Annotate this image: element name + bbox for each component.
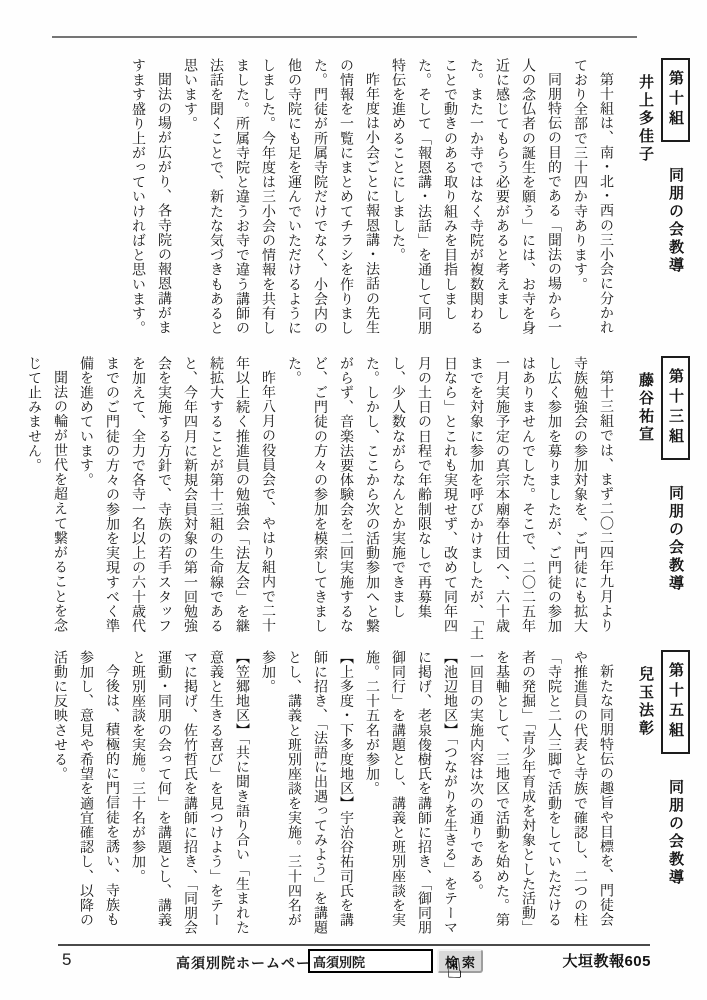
homepage-label: 高須別院ホームページ	[176, 953, 326, 973]
search-button[interactable]: 検索	[437, 949, 483, 973]
paragraph: 同朋特伝の目的である「聞法の場から一人の念仏者の誕生を願う」には、お寺を身近に感…	[384, 58, 566, 346]
paragraph: 昨年度は小会ごとに報恩講・法話の先生の情報を一覧にまとめてチラシを作りました。門…	[176, 58, 384, 346]
newsletter-page: 第十組 同朋の会教導 井上多佳子 第十組は、南・北・西の三小会に分かれており全部…	[0, 0, 707, 1000]
footer-divider-rule	[58, 944, 650, 946]
paragraph: 聞法の輪が世代を超えて繋がることを念じて止みません。	[20, 356, 72, 644]
publication-title: 大垣教報605	[562, 950, 651, 971]
page-number: 5	[62, 950, 71, 970]
article-author: 兒玉法彰	[630, 666, 660, 738]
article-group-10: 第十組 同朋の会教導 井上多佳子 第十組は、南・北・西の三小会に分かれており全部…	[124, 58, 690, 346]
article-header: 第十組 同朋の会教導 井上多佳子	[630, 58, 690, 346]
paragraph: 今後は、積極的に門信徒を誘い、寺族も参加し、意見や希望を適宜確認し、以降の活動に…	[46, 650, 124, 938]
paragraph: 昨年八月の役員会で、やはり組内で二十年以上続く推進員の勉強会「法友会」を継続拡大…	[72, 356, 280, 644]
article-author: 井上多佳子	[630, 74, 660, 164]
paragraph-district-ikebe: 【池辺地区】「つながりを生きる」をテーマに掲げ、老泉俊樹氏を講師に招き、「御同朋…	[358, 650, 462, 938]
article-group-15: 第十五組 同朋の会教導 兒玉法彰 新たな同朋特伝の趣旨や目標を、門徒会や推進員の…	[46, 650, 690, 938]
paragraph-district-kasago: 【笠郷地区】「共に聞き語り合い「生まれた意義と生きる喜び」を見つけよう」をテーマ…	[124, 650, 254, 938]
top-divider-rule	[52, 36, 637, 38]
article-author: 藤谷祐宣	[630, 372, 660, 444]
article-group-13: 第十三組 同朋の会教導 藤谷祐宣 第十三組では、まず二〇二四年九月より寺族勉強会…	[20, 356, 690, 644]
paragraph: 新たな同朋特伝の趣旨や目標を、門徒会や推進員の代表と寺族で確認し、二つの柱「寺院…	[462, 650, 618, 938]
group-name-box: 第十三組	[661, 356, 690, 460]
article-title: 同朋の会教導	[660, 485, 690, 593]
search-input[interactable]	[308, 949, 433, 973]
group-name-box: 第十組	[661, 58, 690, 142]
paragraph-district-kamitado: 【上多度・下多度地区】宇治谷祐司氏を講師に招き、「法語に出遇ってみよう」を講題と…	[254, 650, 358, 938]
article-title: 同朋の会教導	[660, 779, 690, 887]
article-header: 第十三組 同朋の会教導 藤谷祐宣	[630, 356, 690, 644]
article-title: 同朋の会教導	[660, 167, 690, 275]
paragraph: 聞法の場が広がり、各寺院の報恩講がますます盛り上がっていければと思います。	[124, 58, 176, 346]
paragraph: 第十組は、南・北・西の三小会に分かれており全部で三十四か寺あります。	[566, 58, 618, 346]
article-header: 第十五組 同朋の会教導 兒玉法彰	[630, 650, 690, 938]
paragraph: 第十三組では、まず二〇二四年九月より寺族勉強会の参加対象を、ご門徒にも拡大し広く…	[280, 356, 618, 644]
group-name-box: 第十五組	[661, 650, 690, 754]
